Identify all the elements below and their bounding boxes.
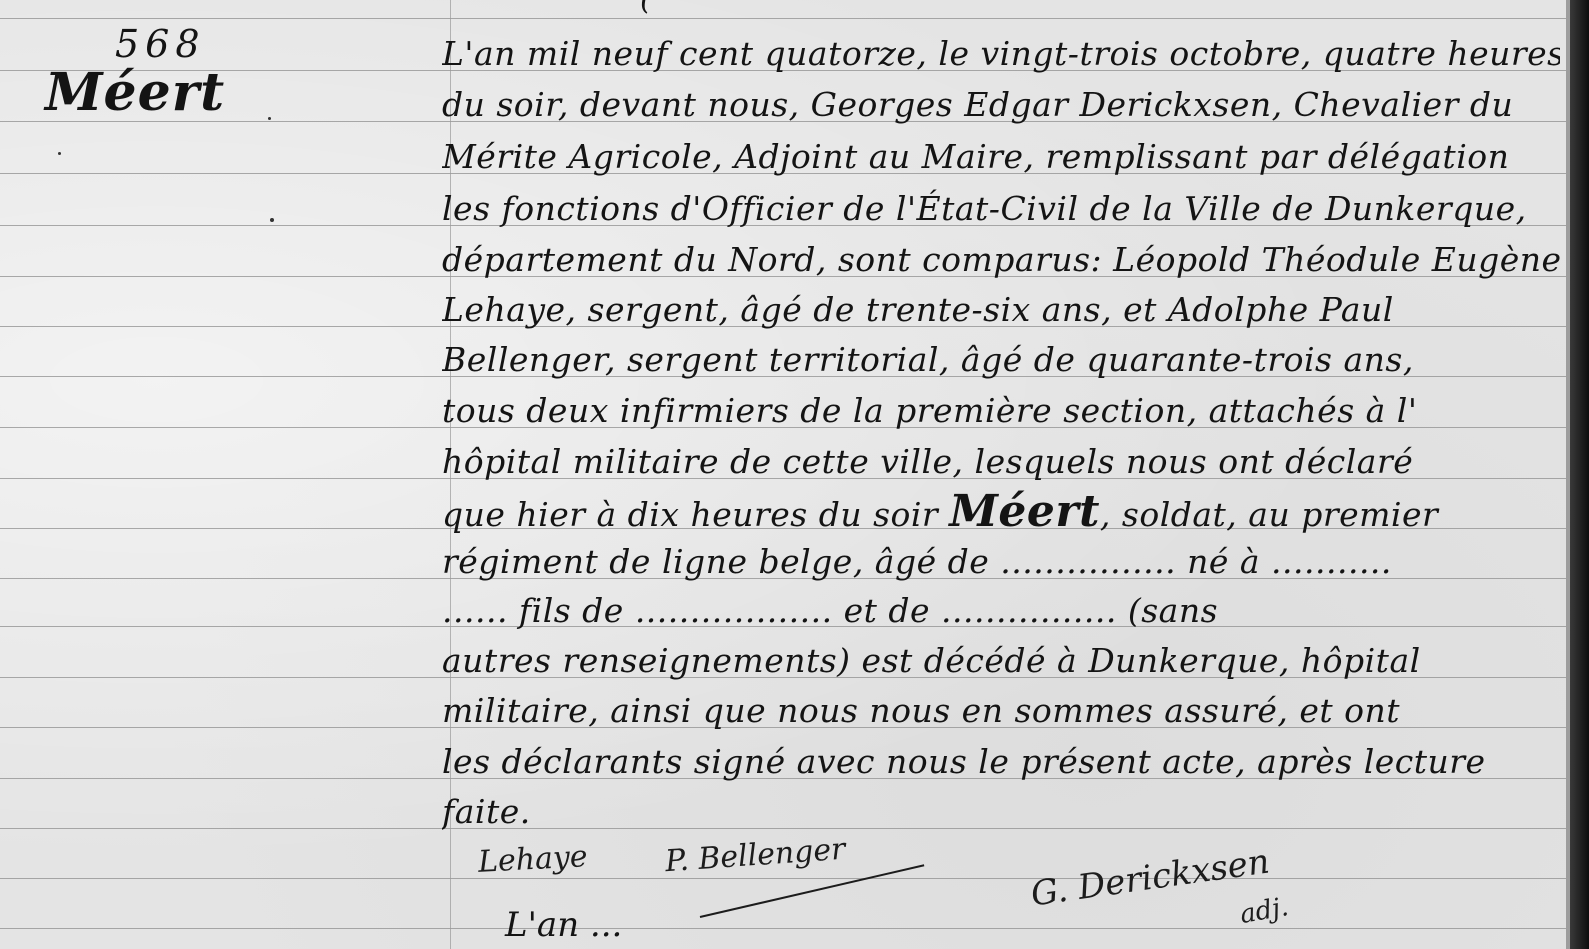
- signature-bellenger: P. Bellenger: [664, 832, 847, 880]
- signature-officer-title: adj.: [1238, 892, 1291, 930]
- body-line-10-before: que hier à dix heures du soir: [442, 495, 949, 534]
- ruled-line: [0, 878, 1566, 879]
- signature-officer: G. Derickxsen: [1028, 841, 1272, 914]
- deceased-name: Méert: [949, 486, 1100, 537]
- body-line-2: du soir, devant nous, Georges Edgar Deri…: [442, 85, 1560, 124]
- ink-speck: [270, 218, 274, 222]
- ruled-line: [0, 18, 1566, 19]
- body-line-3: Mérite Agricole, Adjoint au Maire, rempl…: [442, 137, 1560, 176]
- body-line-14: militaire, ainsi que nous nous en sommes…: [442, 691, 1560, 730]
- body-line-16: faite.: [442, 792, 1560, 831]
- partial-next-entry: L'an ...: [505, 905, 622, 945]
- body-line-12: ...... fils de .................. et de …: [442, 591, 1560, 630]
- body-line-9: hôpital militaire de cette ville, lesque…: [442, 442, 1560, 481]
- body-line-6: Lehaye, sergent, âgé de trente-six ans, …: [442, 290, 1560, 329]
- body-line-13: autres renseignements) est décédé à Dunk…: [442, 641, 1560, 680]
- body-line-7: Bellenger, sergent territorial, âgé de q…: [442, 340, 1560, 379]
- entry-number: 568: [115, 22, 206, 66]
- body-line-15: les déclarants signé avec nous le présen…: [442, 742, 1560, 781]
- body-line-1: L'an mil neuf cent quatorze, le vingt-tr…: [442, 34, 1560, 73]
- body-line-10: que hier à dix heures du soir Méert, sol…: [442, 486, 1560, 537]
- partial-top-text: (: [640, 0, 652, 17]
- body-line-8: tous deux infirmiers de la première sect…: [442, 391, 1560, 430]
- body-line-5: département du Nord, sont comparus: Léop…: [442, 240, 1560, 279]
- ink-speck: [268, 117, 271, 120]
- ruled-line: [0, 928, 1566, 929]
- margin-name: Méert: [45, 62, 225, 123]
- body-line-4: les fonctions d'Officier de l'État-Civil…: [442, 189, 1560, 228]
- body-line-10-after: , soldat, au premier: [1100, 495, 1438, 534]
- book-binding: [1570, 0, 1589, 949]
- signature-lehaye: Lehaye: [477, 839, 588, 880]
- register-page: 568 Méert ( L'an mil neuf cent quatorze,…: [0, 0, 1566, 949]
- ink-speck: [58, 152, 61, 155]
- body-line-11: régiment de ligne belge, âgé de ........…: [442, 542, 1560, 581]
